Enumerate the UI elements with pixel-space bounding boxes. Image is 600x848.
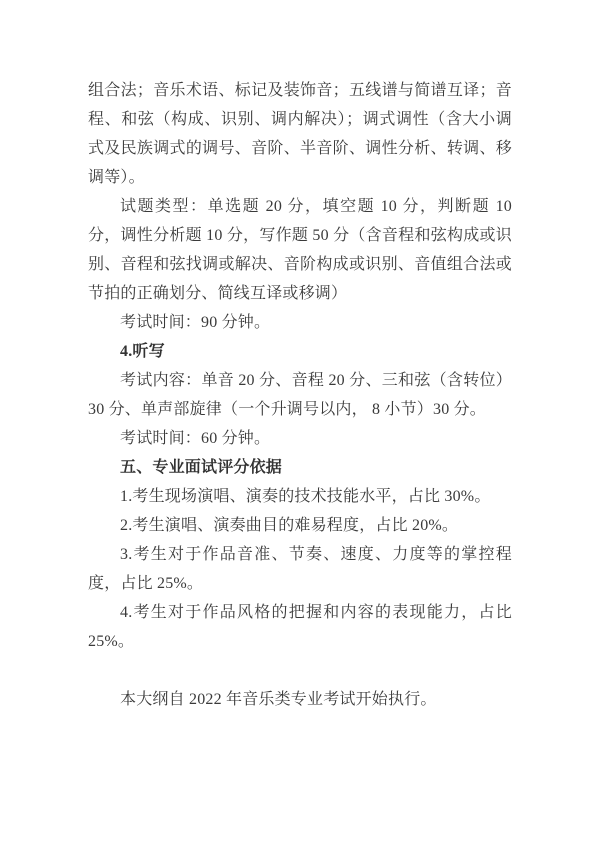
paragraph-criterion-4: 4.考生对于作品风格的把握和内容的表现能力，占比 25%。 bbox=[88, 598, 512, 656]
paragraph-exam-duration: 考试时间：90 分钟。 bbox=[88, 308, 512, 337]
paragraph-exam-duration: 考试时间：60 分钟。 bbox=[88, 424, 512, 453]
section-heading-interview-criteria: 五、专业面试评分依据 bbox=[88, 453, 512, 482]
paragraph-continuation: 组合法；音乐术语、标记及装饰音；五线谱与简谱互译；音程、和弦（构成、识别、调内解… bbox=[88, 76, 512, 192]
paragraph-criterion-1: 1.考生现场演唱、演奏的技术技能水平，占比 30%。 bbox=[88, 482, 512, 511]
paragraph-exam-content: 考试内容：单音 20 分、音程 20 分、三和弦（含转位）30 分、单声部旋律（… bbox=[88, 366, 512, 424]
document-page: 组合法；音乐术语、标记及装饰音；五线谱与简谱互译；音程、和弦（构成、识别、调内解… bbox=[0, 0, 600, 848]
paragraph-question-types: 试题类型：单选题 20 分，填空题 10 分，判断题 10 分，调性分析题 10… bbox=[88, 192, 512, 308]
section-heading-dictation: 4.听写 bbox=[88, 337, 512, 366]
paragraph-criterion-2: 2.考生演唱、演奏曲目的难易程度，占比 20%。 bbox=[88, 511, 512, 540]
document-text-block: 组合法；音乐术语、标记及装饰音；五线谱与简谱互译；音程、和弦（构成、识别、调内解… bbox=[88, 76, 512, 714]
paragraph-effective-date: 本大纲自 2022 年音乐类专业考试开始执行。 bbox=[88, 685, 512, 714]
paragraph-criterion-3: 3.考生对于作品音准、节奏、速度、力度等的掌控程度，占比 25%。 bbox=[88, 540, 512, 598]
